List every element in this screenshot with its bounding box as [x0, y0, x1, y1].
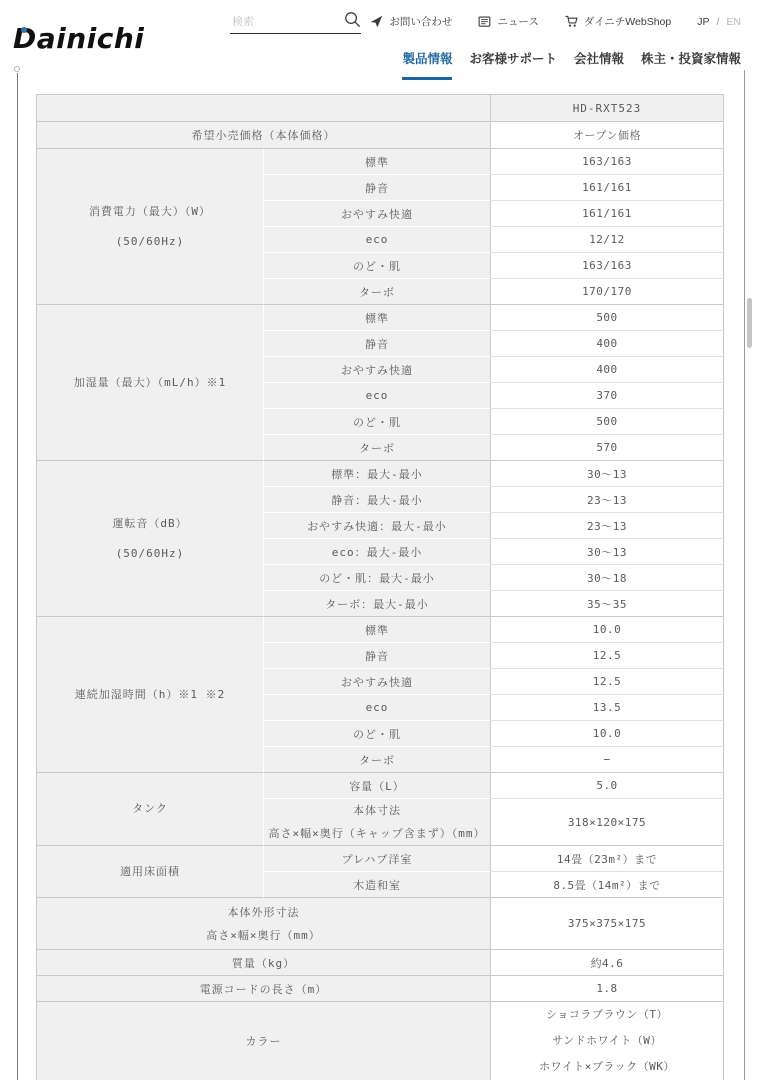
- spec-row-value: 14畳（23m²）まで: [491, 846, 724, 872]
- dainichi-logo[interactable]: Dainichi: [13, 22, 144, 56]
- group-label-line: 連続加湿時間（h）※1 ※2: [41, 680, 259, 710]
- spec-row-label: のど・肌: [264, 253, 491, 279]
- spec-row-label: ターボ: [264, 747, 491, 773]
- spec-row-value: 318×120×175: [491, 799, 724, 846]
- spec-row-value: 12.5: [491, 669, 724, 695]
- spec-row-label: のど・肌：最大-最小: [264, 565, 491, 591]
- spec-row-label: eco: [264, 227, 491, 253]
- group-label-line: 運転音（dB）: [41, 509, 259, 539]
- paper-plane-icon: [370, 15, 383, 28]
- spec-row-value: 163/163: [491, 253, 724, 279]
- news-label: ニュース: [497, 14, 538, 29]
- spec-row-value: 163/163: [491, 149, 724, 175]
- group-label-line: 加湿量（最大）（mL/h）※1: [41, 368, 259, 398]
- cart-icon: [565, 15, 578, 28]
- nav-support[interactable]: お客様サポート: [469, 49, 557, 73]
- scrollbar-thumb[interactable]: [747, 298, 752, 348]
- spec-row-value: 30〜13: [491, 539, 724, 565]
- spec-row-value: 170/170: [491, 279, 724, 305]
- spec-row-value: 8.5畳（14m²）まで: [491, 872, 724, 898]
- group-label-line: タンク: [41, 794, 259, 824]
- spec-row-label: プレハブ洋室: [264, 846, 491, 872]
- spec-row-label: ターボ: [264, 279, 491, 305]
- spec-row-value: 13.5: [491, 695, 724, 721]
- spec-color-values: ショコラブラウン（T） サンドホワイト（W） ホワイト×ブラック（WK）: [491, 1002, 724, 1080]
- lang-jp[interactable]: JP: [697, 16, 709, 28]
- nav-investor[interactable]: 株主・投資家情報: [641, 49, 741, 73]
- nav-products[interactable]: 製品情報: [402, 49, 452, 73]
- spec-group-floor-area: 適用床面積: [37, 846, 264, 898]
- utility-nav: お問い合わせ ニュース ダイニチWebShop JP / EN: [370, 14, 741, 29]
- left-page-edge-line: [17, 73, 18, 1080]
- spec-row-label-cord: 電源コードの長さ（m）: [37, 976, 491, 1002]
- news-link[interactable]: ニュース: [478, 14, 538, 29]
- spec-row-label: 容量（L）: [264, 773, 491, 799]
- group-label-line: (50/60Hz): [41, 227, 259, 257]
- lang-separator: /: [716, 16, 719, 28]
- contact-link[interactable]: お問い合わせ: [370, 14, 452, 29]
- spec-row-label-weight: 質量（kg）: [37, 950, 491, 976]
- logo-blue-dot: [21, 27, 27, 33]
- spec-table: HD-RXT523 希望小売価格（本体価格） オープン価格 消費電力（最大）（W…: [36, 94, 724, 1080]
- spec-group-noise: 運転音（dB） (50/60Hz): [37, 461, 264, 617]
- spec-row-label: おやすみ快適: [264, 669, 491, 695]
- spec-row-value: 570: [491, 435, 724, 461]
- spec-row-value: 370: [491, 383, 724, 409]
- webshop-label: ダイニチWebShop: [584, 14, 671, 29]
- spec-row-value: 400: [491, 357, 724, 383]
- spec-group-humidification: 加湿量（最大）（mL/h）※1: [37, 305, 264, 461]
- spec-row-label: 木造和室: [264, 872, 491, 898]
- group-label-line: 適用床面積: [41, 857, 259, 887]
- news-icon: [478, 15, 491, 28]
- spec-row-label: おやすみ快適: [264, 201, 491, 227]
- spec-row-label-color: カラー: [37, 1002, 491, 1080]
- spec-row-value: 30〜18: [491, 565, 724, 591]
- spec-row-value: 161/161: [491, 175, 724, 201]
- spec-group-power: 消費電力（最大）（W） (50/60Hz): [37, 149, 264, 305]
- price-value-cell: オープン価格: [491, 122, 724, 149]
- spec-header-empty-cell: [37, 95, 491, 122]
- model-number-cell: HD-RXT523: [491, 95, 724, 122]
- search-input[interactable]: [230, 14, 361, 34]
- spec-group-tank: タンク: [37, 773, 264, 846]
- spec-row-label: 静音: [264, 175, 491, 201]
- search-icon[interactable]: [344, 11, 361, 28]
- nav-company[interactable]: 会社情報: [574, 49, 624, 73]
- spec-row-label: 標準：最大-最小: [264, 461, 491, 487]
- spec-row-value: 5.0: [491, 773, 724, 799]
- price-label-cell: 希望小売価格（本体価格）: [37, 122, 491, 149]
- main-nav: 製品情報 お客様サポート 会社情報 株主・投資家情報: [402, 49, 741, 73]
- spec-row-label: 標準: [264, 617, 491, 643]
- left-edge-handle-dot: [14, 66, 20, 72]
- spec-row-value: 400: [491, 331, 724, 357]
- spec-row-value: 約4.6: [491, 950, 724, 976]
- spec-row-value: 10.0: [491, 617, 724, 643]
- spec-row-label: 標準: [264, 305, 491, 331]
- spec-row-label: おやすみ快適：最大-最小: [264, 513, 491, 539]
- spec-row-value: 12.5: [491, 643, 724, 669]
- spec-row-value: 23〜13: [491, 513, 724, 539]
- spec-row-label: ターボ: [264, 435, 491, 461]
- spec-row-label: 静音: [264, 643, 491, 669]
- spec-row-label: eco: [264, 383, 491, 409]
- spec-row-label: おやすみ快適: [264, 357, 491, 383]
- spec-row-label: 静音: [264, 331, 491, 357]
- spec-row-label: 静音：最大-最小: [264, 487, 491, 513]
- logo-text: Dainichi: [13, 22, 144, 55]
- spec-row-value: 1.8: [491, 976, 724, 1002]
- right-page-edge-line: [744, 70, 745, 1080]
- spec-row-label: 標準: [264, 149, 491, 175]
- spec-row-value: 161/161: [491, 201, 724, 227]
- spec-row-label-dimensions: 本体外形寸法 高さ×幅×奥行（mm）: [37, 898, 491, 950]
- spec-row-value: 12/12: [491, 227, 724, 253]
- spec-row-value: 23〜13: [491, 487, 724, 513]
- contact-label: お問い合わせ: [389, 14, 452, 29]
- webshop-link[interactable]: ダイニチWebShop: [565, 14, 671, 29]
- group-label-line: 消費電力（最大）（W）: [41, 197, 259, 227]
- spec-row-label: のど・肌: [264, 409, 491, 435]
- spec-row-value: 375×375×175: [491, 898, 724, 950]
- spec-group-duration: 連続加湿時間（h）※1 ※2: [37, 617, 264, 773]
- spec-row-label: ターボ：最大-最小: [264, 591, 491, 617]
- search-box: [230, 12, 361, 34]
- spec-row-value: −: [491, 747, 724, 773]
- spec-row-value: 30〜13: [491, 461, 724, 487]
- spec-row-value: 35〜35: [491, 591, 724, 617]
- language-switch: JP / EN: [697, 16, 741, 28]
- spec-row-value: 500: [491, 409, 724, 435]
- spec-row-label: 本体寸法 高さ×幅×奥行（キャップ含まず）（mm）: [264, 799, 491, 846]
- spec-row-label: eco：最大-最小: [264, 539, 491, 565]
- spec-row-label: のど・肌: [264, 721, 491, 747]
- lang-en[interactable]: EN: [726, 16, 741, 28]
- spec-row-value: 500: [491, 305, 724, 331]
- spec-row-label: eco: [264, 695, 491, 721]
- group-label-line: (50/60Hz): [41, 539, 259, 569]
- spec-row-value: 10.0: [491, 721, 724, 747]
